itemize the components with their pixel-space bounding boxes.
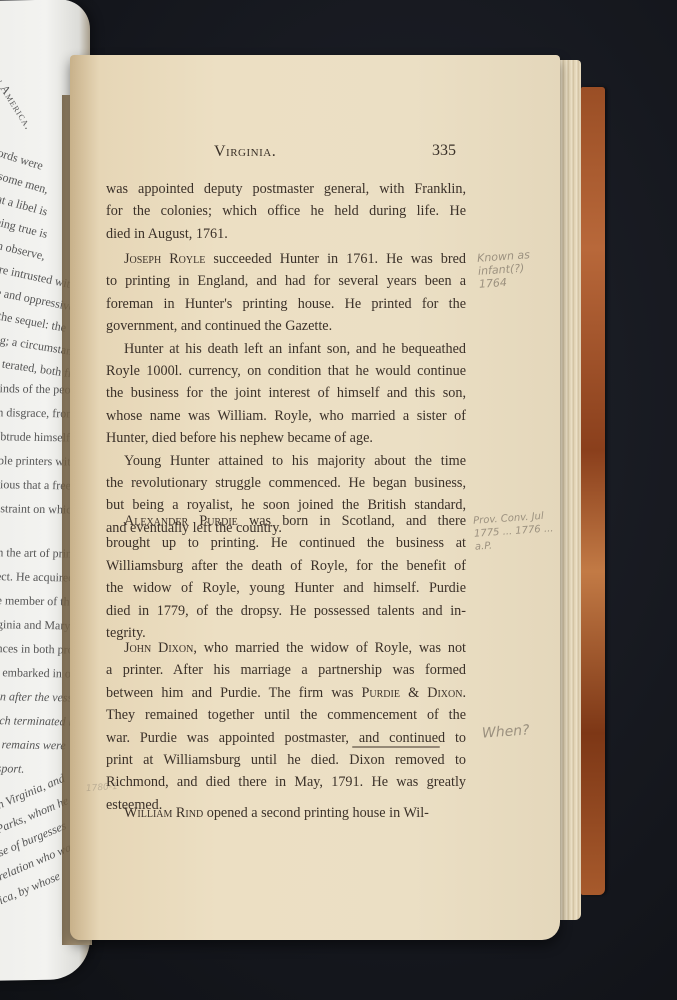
facing-page-line: of some men, [0, 165, 50, 197]
text-line: They remained together until the commenc… [106, 704, 466, 726]
paragraph-alexander-purdie: Alexander Purdie was born in Scotland, a… [106, 510, 466, 644]
text-line: William Rind opened a second printing ho… [106, 802, 466, 824]
text-line: between him and Purdie. The firm was Pur… [106, 682, 466, 704]
firm-name: Purdie & Dixon [362, 685, 463, 701]
text-line: Young Hunter attained to his majority ab… [106, 450, 466, 472]
text-line: the revolutionary struggle commenced. He… [106, 472, 466, 494]
text-line: died in 1779, of the dropsy. He possesse… [106, 600, 466, 622]
person-name: Alexander Purdie [124, 513, 238, 529]
facing-running-head: in America. [0, 71, 36, 133]
facing-page-line: en observe, [0, 237, 47, 264]
facing-page-line: the sequel: the [0, 309, 67, 336]
text-line: foreman in Hunter's printing house. He p… [106, 293, 466, 315]
margin-note-royle: Known as infant(?) 1764 [477, 248, 532, 291]
text-line: whose name was William. Royle, who marri… [106, 405, 466, 427]
pencil-underline [352, 746, 440, 748]
text-line: for the colonies; which office he held d… [106, 200, 466, 222]
facing-page-line: His remains were [0, 737, 66, 753]
text-line: died in August, 1761. [106, 223, 466, 245]
text-line: the widow of Royle, young Hunter and him… [106, 577, 466, 599]
person-name: Joseph Royle [124, 251, 205, 267]
text-line: Royle 1000l. currency, on condition that… [106, 360, 466, 382]
facing-page-line: to obtrude himself [0, 429, 70, 446]
margin-note-left: 1780-1 [86, 781, 119, 796]
paragraph-john-dixon: John Dixon, who married the widow of Roy… [106, 637, 466, 816]
text-line: Hunter, died before his nephew became of… [106, 427, 466, 449]
text-line: brought up to printing. He continued the… [106, 532, 466, 554]
text-line: print at Williamsburg until he died. Dix… [106, 749, 466, 771]
paragraph-joseph-royle: Joseph Royle succeeded Hunter in 1761. H… [106, 248, 466, 539]
margin-note-dixon: When? [482, 724, 530, 740]
text-line: Joseph Royle succeeded Hunter in 1761. H… [106, 248, 466, 270]
facing-page-line: Gosport. [0, 761, 25, 777]
text-line: Williamsburg after the death of Royle, f… [106, 555, 466, 577]
running-head: Virginia. [214, 143, 276, 161]
text-line: to printing in England, and had for seve… [106, 270, 466, 292]
facing-page-line: records were [0, 141, 45, 173]
text-line: Richmond, and died there in May, 1791. H… [106, 771, 466, 793]
paragraph-continuation: was appointed deputy postmaster general,… [106, 178, 466, 245]
text-line: Alexander Purdie was born in Scotland, a… [106, 510, 466, 532]
person-name: John Dixon [124, 640, 193, 656]
marbled-cover-edge [581, 87, 605, 895]
text-line: the business for the joint interest of h… [106, 382, 466, 404]
text-line: government, and continued the Gazette. [106, 315, 466, 337]
person-name: William Rind [124, 805, 203, 821]
page-number: 335 [432, 142, 456, 160]
text-line: Hunter at his death left an infant son, … [106, 338, 466, 360]
text-line: was appointed deputy postmaster general,… [106, 178, 466, 200]
margin-note-purdie: Prov. Conv. Jul 1775 ... 1776 ... a.P. [473, 509, 555, 553]
text-line: John Dixon, who married the widow of Roy… [106, 637, 466, 659]
paragraph-william-rind: William Rind opened a second printing ho… [106, 802, 466, 824]
text-line: a printer. After his marriage a partners… [106, 659, 466, 681]
